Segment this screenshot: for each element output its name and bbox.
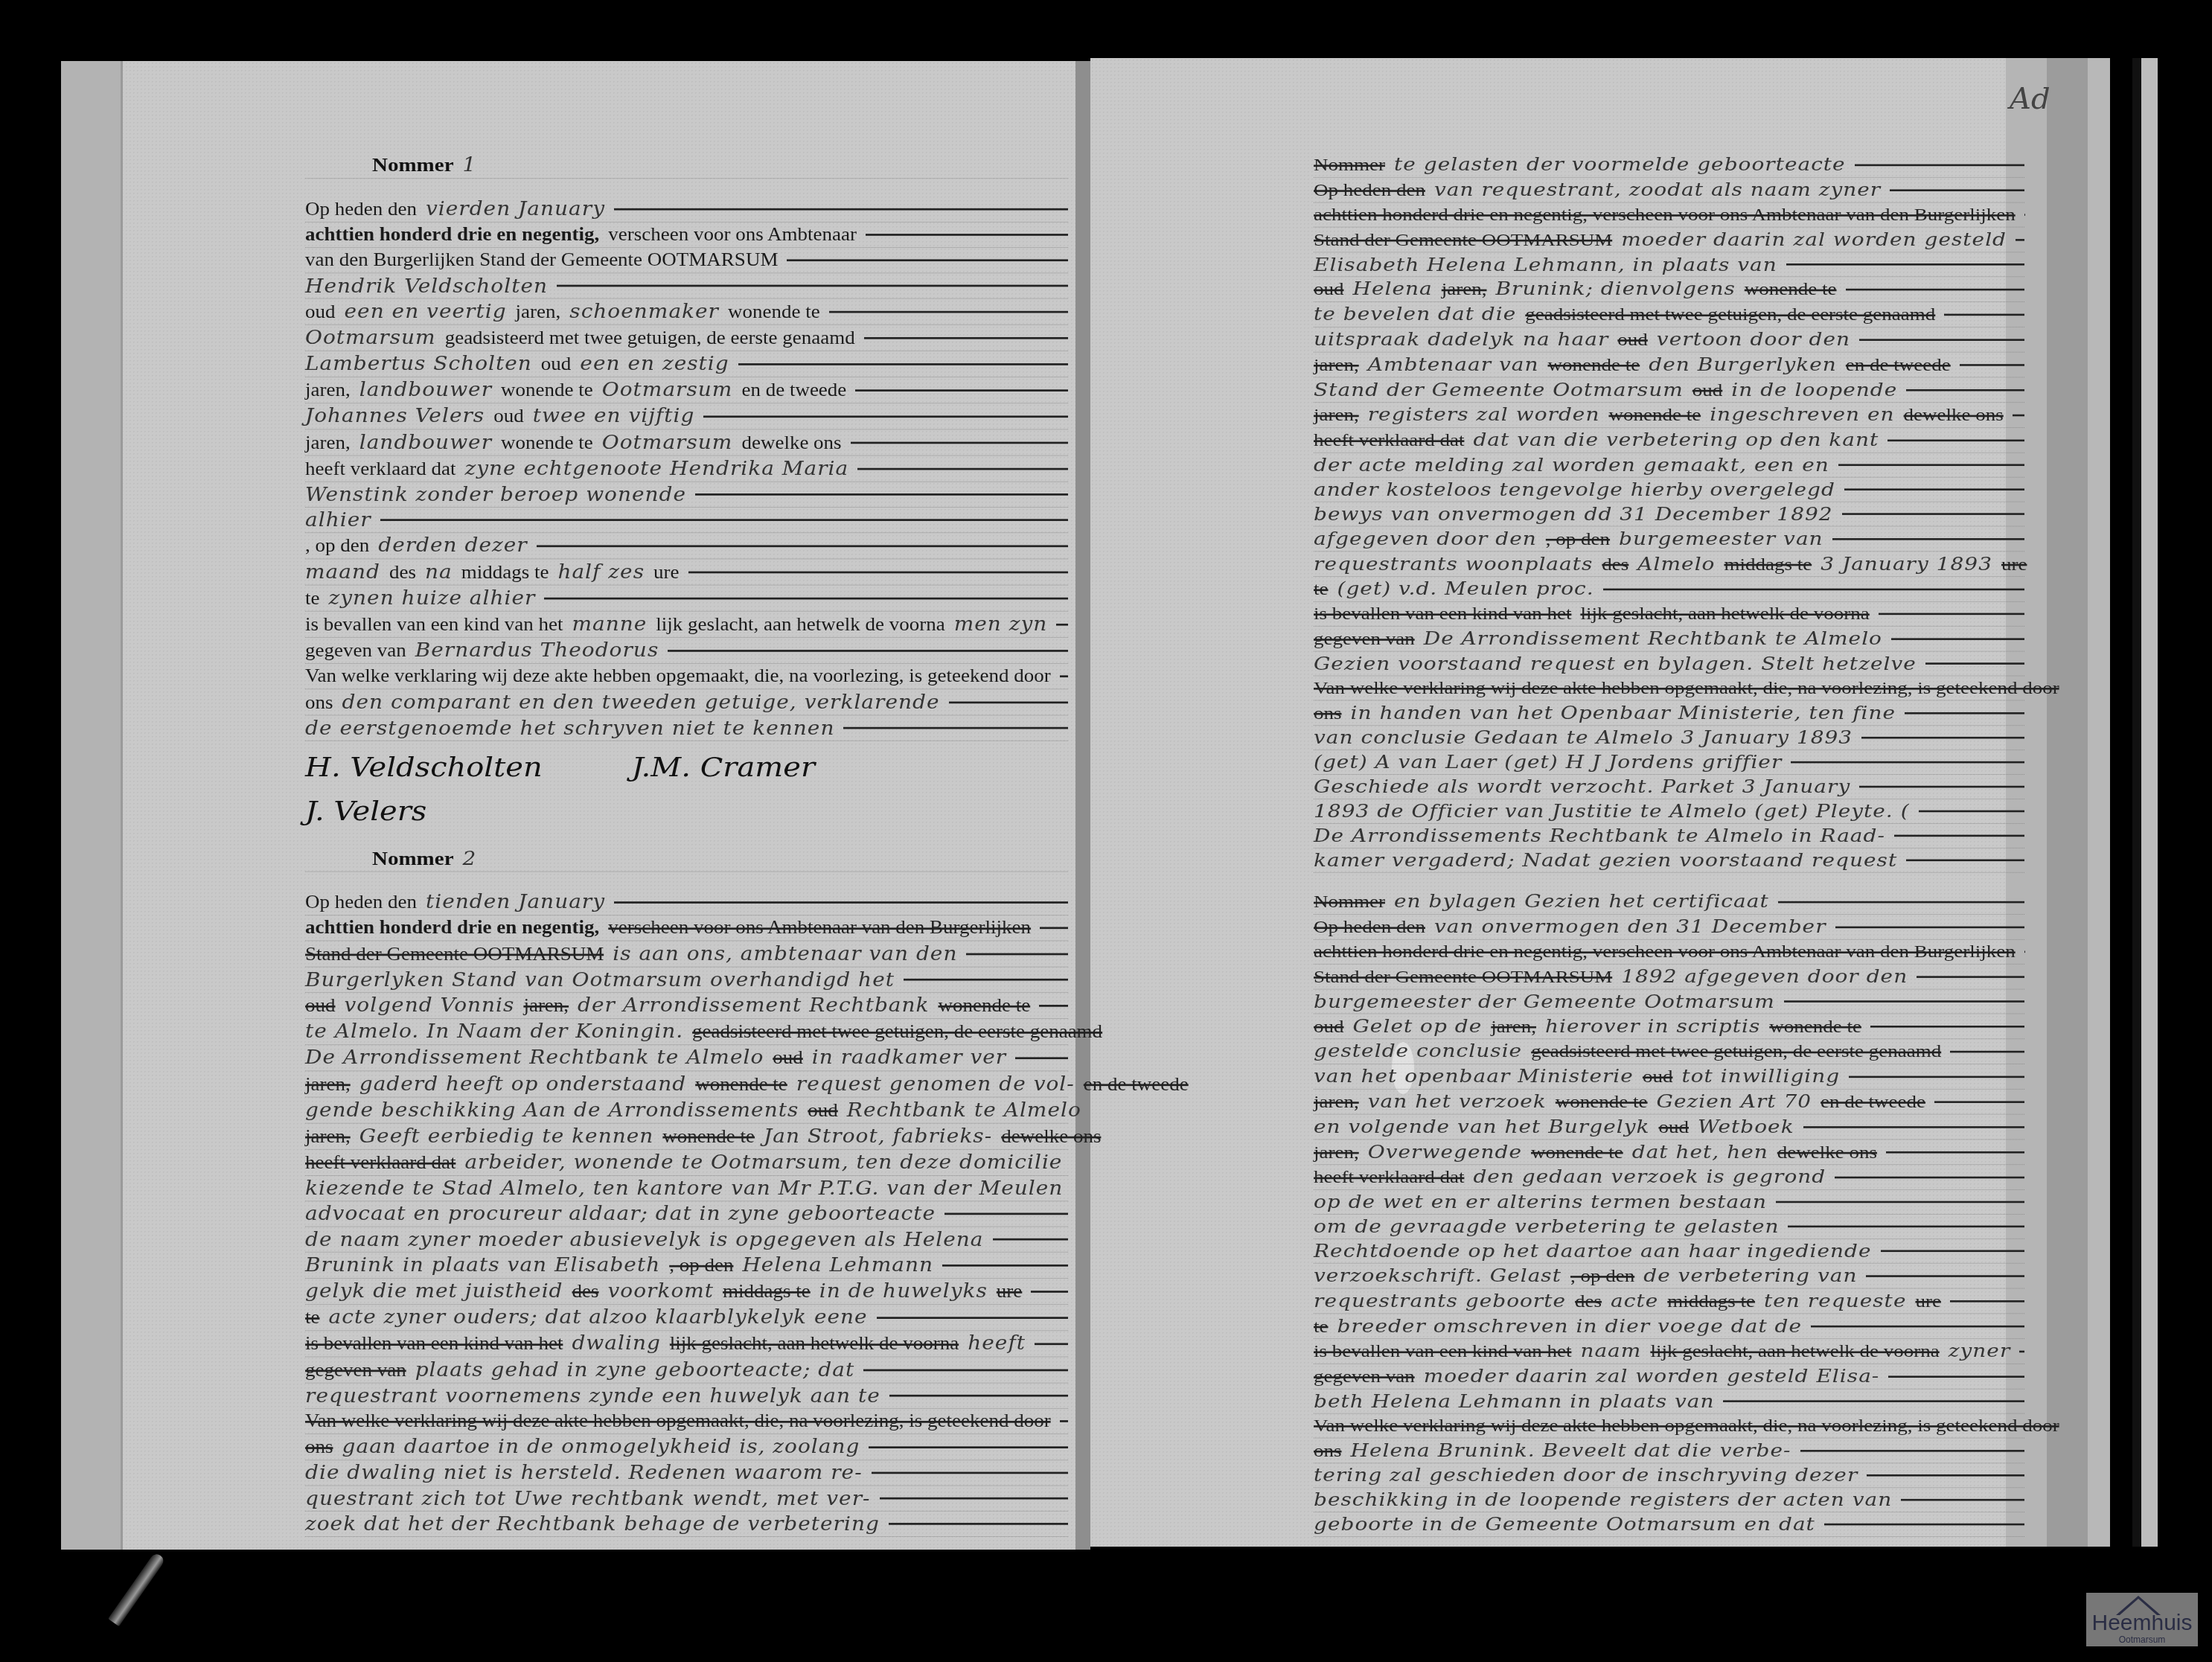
handwritten-entry: Brunink; dienvolgens — [1495, 277, 1735, 301]
register-line: heeft verklaard datden gedaan verzoek is… — [1314, 1165, 2024, 1190]
struck-printed-text: jaren, — [1314, 403, 1359, 427]
fill-rule — [1035, 1343, 1068, 1345]
handwritten-entry: van het verzoek — [1368, 1090, 1547, 1113]
fill-rule — [1950, 1050, 2024, 1052]
handwritten-entry: gaan daartoe in de onmogelykheid is, zoo… — [342, 1434, 860, 1459]
fill-rule — [1031, 1291, 1068, 1293]
handwritten-entry: in handen van het Openbaar Ministerie, t… — [1351, 700, 1896, 724]
fill-rule — [1842, 513, 2024, 515]
handwritten-entry: men zyn — [954, 612, 1048, 636]
register-line: jaren,van het verzoekwonende teGezien Ar… — [1314, 1090, 2024, 1115]
register-line: Rechtdoende op het daartoe aan haar inge… — [1314, 1239, 2024, 1264]
register-line: gegeven vanDe Arrondissement Rechtbank t… — [1314, 627, 2024, 652]
handwritten-entry: die dwaling niet is hersteld. Redenen wa… — [305, 1460, 863, 1485]
handwritten-entry: gelyk die met juistheid — [305, 1279, 563, 1303]
handwritten-entry: een en veertig — [345, 299, 507, 324]
struck-printed-text: , op den — [1570, 1265, 1634, 1288]
printed-text: Op heden den — [305, 890, 417, 915]
register-line: is bevallen van een kind van hetlijk ges… — [1314, 602, 2024, 627]
register-line: Gezien voorstaand request en bylagen. St… — [1314, 652, 2024, 677]
watermark-subtitle: Ootmarsum — [2119, 1634, 2166, 1645]
fill-rule — [1861, 737, 2024, 739]
fill-rule — [857, 467, 1068, 470]
handwritten-entry: landbouwer — [359, 377, 492, 402]
struck-printed-text: oud — [1692, 378, 1723, 402]
handwritten-entry: beth Helena Lehmann in plaats van — [1314, 1390, 1714, 1413]
struck-printed-text: is bevallen van een kind van het — [1314, 602, 1571, 626]
handwritten-entry: questrant zich tot Uwe rechtbank wendt, … — [305, 1486, 871, 1510]
struck-printed-text: wonende te — [1548, 353, 1640, 377]
fill-rule — [869, 1446, 1068, 1448]
register-line: beschikking in de loopende registers der… — [1314, 1488, 2024, 1512]
handwritten-entry: de verbetering van — [1643, 1264, 1857, 1288]
handwritten-entry: uitspraak dadelyk na haar — [1314, 327, 1608, 351]
register-line: jaren,landbouwerwonende teOotmarsumdewel… — [305, 429, 1068, 456]
fill-rule — [1015, 1057, 1068, 1059]
handwritten-entry: Stand der Gemeente Ootmarsum — [1314, 377, 1684, 401]
struck-printed-text: wonende te — [939, 994, 1031, 1018]
handwritten-entry: van onvermogen den 31 December — [1434, 915, 1826, 939]
handwritten-entry: burgemeester van — [1619, 526, 1823, 550]
handwritten-entry: beschikking in de loopende registers der… — [1314, 1488, 1892, 1512]
handwritten-entry: Bernardus Theodorus — [415, 638, 659, 662]
fill-rule — [1844, 488, 2024, 490]
register-line: Lambertus Scholtenoudeen en zestig — [305, 351, 1068, 377]
handwritten-entry: advocaat en procureur aldaar; dat in zyn… — [305, 1201, 936, 1226]
register-line: beth Helena Lehmann in plaats van — [1314, 1390, 2024, 1414]
handwritten-entry: half zes — [557, 559, 645, 584]
struck-printed-text: geadsisteerd met twee getuigen, de eerst… — [1531, 1040, 1941, 1064]
handwritten-entry: tering zal geschieden door de inschryvin… — [1314, 1463, 1858, 1487]
fill-rule — [544, 597, 1068, 599]
struck-printed-text: heeft verklaard dat — [1314, 429, 1464, 453]
fill-rule — [1838, 464, 2024, 466]
register-line: oudvolgend Vonnisjaren,der Arrondissemen… — [305, 993, 1068, 1019]
handwritten-entry: zoek dat het der Rechtbank behage de ver… — [305, 1512, 880, 1536]
handwritten-entry: De Arrondissement Rechtbank te Almelo — [1424, 627, 1882, 651]
handwritten-entry: naam — [1580, 1339, 1641, 1363]
page-weight-pin — [108, 1552, 166, 1626]
fill-rule — [1776, 1201, 2024, 1204]
fill-rule — [993, 1238, 1068, 1241]
handwritten-entry: Brunink in plaats van Elisabeth — [305, 1253, 660, 1277]
printed-text: verscheen voor ons Ambtenaar — [608, 223, 857, 247]
fill-rule — [1886, 1151, 2024, 1154]
register-line: jaren,registers zal wordenwonende teinge… — [1314, 403, 2024, 428]
register-line: ander kosteloos tengevolge hierby overge… — [1314, 478, 2024, 502]
fill-rule — [703, 415, 1068, 418]
struck-printed-text: gegeven van — [1314, 627, 1415, 651]
struck-printed-text: Stand der Gemeente OOTMARSUM — [1314, 228, 1612, 252]
handwritten-entry: Ambtenaar van — [1368, 353, 1539, 377]
register-line: achttien honderd drie en negentig,versch… — [305, 223, 1068, 248]
handwritten-entry: burgemeester der Gemeente Ootmarsum — [1314, 989, 1775, 1013]
fill-rule — [880, 1498, 1068, 1500]
handwritten-entry: landbouwer — [359, 429, 492, 454]
handwritten-entry: Rechtdoende op het daartoe aan haar inge… — [1314, 1239, 1872, 1263]
register-line: is bevallen van een kind van hetdwalingl… — [305, 1331, 1068, 1357]
struck-printed-text: Stand der Gemeente OOTMARSUM — [305, 942, 604, 966]
handwritten-entry: maand — [305, 559, 380, 584]
register-line: De Arrondissements Rechtbank te Almelo i… — [1314, 824, 2024, 848]
struck-printed-text: oud — [1314, 278, 1344, 301]
struck-printed-text: Stand der Gemeente OOTMARSUM — [1314, 965, 1612, 989]
struck-printed-text: en de tweede — [1084, 1072, 1189, 1096]
handwritten-entry: kiezende te Stad Almelo, ten kantore van… — [305, 1176, 1063, 1201]
fill-rule — [1866, 1275, 2024, 1277]
register-line: Wenstink zonder beroep wonende — [305, 482, 1068, 508]
handwritten-entry: dat het, hen — [1632, 1140, 1768, 1163]
struck-printed-text: is bevallen van een kind van het — [305, 1332, 563, 1356]
fill-rule — [1919, 811, 2024, 813]
printed-text: oud — [305, 299, 336, 324]
fill-rule — [1917, 976, 2024, 978]
register-line: op de wet en er alterins termen bestaan — [1314, 1190, 2024, 1215]
handwritten-entry: acte — [1611, 1288, 1658, 1312]
struck-printed-text: lijk geslacht, aan hetwelk de voorna — [1580, 602, 1869, 626]
fill-rule — [1888, 1375, 2024, 1378]
struck-printed-text: jaren, — [305, 1125, 351, 1149]
handwritten-entry: vierden January — [426, 196, 605, 221]
heemhuis-watermark-logo: Heemhuis Ootmarsum — [2086, 1593, 2198, 1646]
printed-text: van den Burgerlijken Stand der Gemeente … — [305, 248, 778, 272]
handwritten-entry: 3 January 1893 — [1821, 552, 1992, 575]
struck-printed-text: ure — [2001, 552, 2027, 576]
handwritten-entry: vertoon door den — [1657, 327, 1850, 351]
struck-printed-text: lijk geslacht, aan hetwelk de voorna — [670, 1332, 959, 1356]
register-line: teacte zyner ouders; dat alzoo klaarblyk… — [305, 1305, 1068, 1331]
struck-printed-text: heeft verklaard dat — [305, 1151, 455, 1175]
printed-text: oud — [541, 352, 572, 377]
fill-rule — [787, 259, 1068, 261]
register-line: Elisabeth Helena Lehmann, in plaats van — [1314, 252, 2024, 277]
fill-rule — [688, 571, 1069, 573]
handwritten-entry: te Almelo. In Naam der Koningin. — [305, 1019, 683, 1043]
register-line: Op heden denvan requestrant, zoodat als … — [1314, 178, 2024, 203]
printed-text: Van welke verklaring wij deze akte hebbe… — [305, 664, 1051, 688]
handwritten-entry: registers zal worden — [1368, 403, 1600, 426]
fill-rule — [1832, 538, 2024, 540]
printed-text: wonende te — [501, 430, 593, 455]
register-line: Van welke verklaring wij deze akte hebbe… — [305, 664, 1068, 689]
handwritten-entry: (get) A van Laer (get) H J Jordens griff… — [1314, 750, 1782, 774]
handwritten-entry: te bevelen dat die — [1314, 302, 1516, 326]
register-line: gelyk die met juistheiddesvoorkomtmiddag… — [305, 1279, 1068, 1305]
handwritten-entry: op de wet en er alterins termen bestaan — [1314, 1190, 1767, 1214]
handwritten-entry: Helena Brunink. Beveelt dat die verbe- — [1351, 1438, 1791, 1462]
struck-printed-text: oud — [773, 1046, 803, 1070]
fill-rule — [1859, 786, 2024, 788]
fill-rule — [966, 953, 1068, 955]
fill-rule — [1859, 339, 2024, 341]
fill-rule — [1894, 835, 2024, 837]
struck-printed-text: verscheen voor ons Ambtenaar van den Bur… — [608, 915, 1031, 940]
handwritten-entry: alhier — [305, 508, 371, 532]
fill-rule — [877, 1317, 1068, 1319]
handwritten-entry: voorkomt — [608, 1279, 715, 1303]
handwritten-entry: den gedaan verzoek is gegrond — [1473, 1165, 1826, 1189]
fill-rule — [537, 545, 1068, 547]
right-column-text: Nommerte gelasten der voormelde geboorte… — [1314, 153, 2024, 1537]
register-line: onsgaan daartoe in de onmogelykheid is, … — [305, 1434, 1068, 1460]
register-line: geboorte in de Gemeente Ootmarsum en dat — [1314, 1512, 2024, 1537]
handwritten-entry: van requestrant, zoodat als naam zyner — [1434, 178, 1881, 202]
register-line: kamer vergaderd; Nadat gezien voorstaand… — [1314, 848, 2024, 873]
handwritten-entry: na — [425, 559, 453, 584]
handwritten-entry: dwaling — [572, 1331, 660, 1355]
handwritten-entry: Johannes Velers — [305, 403, 485, 428]
struck-printed-text: ons — [1314, 701, 1342, 725]
struck-printed-text: wonende te — [662, 1125, 755, 1149]
struck-printed-text: lijk geslacht, aan hetwelk de voorna — [1650, 1340, 1939, 1364]
watermark-name: Heemhuis — [2091, 1612, 2192, 1634]
fill-rule — [1039, 1005, 1068, 1007]
struck-printed-text: wonende te — [1556, 1090, 1648, 1114]
handwritten-entry: Hendrik Veldscholten — [305, 273, 548, 298]
handwritten-entry: en bylagen Gezien het certificaat — [1394, 889, 1769, 913]
register-line: Ootmarsumgeadsisteerd met twee getuigen,… — [305, 325, 1068, 351]
fill-rule — [1811, 1325, 2024, 1327]
handwritten-entry: en volgende van het Burgelyk — [1314, 1115, 1650, 1139]
handwritten-entry: Rechtbank te Almelo — [847, 1097, 1081, 1122]
fill-rule — [1870, 1026, 2024, 1028]
fill-rule — [1887, 439, 2024, 441]
handwritten-entry: Geschiede als wordt verzocht. Parket 3 J… — [1314, 775, 1850, 799]
fill-rule — [866, 234, 1068, 236]
struck-printed-text: Nommer — [1314, 153, 1385, 177]
handwritten-entry: gaderd heeft op onderstaand — [359, 1071, 686, 1096]
fill-rule — [1056, 623, 1068, 625]
fill-rule — [904, 979, 1068, 981]
printed-text: Op heden den — [305, 197, 417, 222]
fill-rule — [1603, 588, 2024, 590]
register-line: oudeen en veertigjaren,schoenmakerwonend… — [305, 299, 1068, 325]
fill-rule — [1824, 1524, 2024, 1526]
register-line: requestrants geboortedesactemiddags tete… — [1314, 1288, 2024, 1314]
fill-rule — [1879, 613, 2024, 616]
house-roof-icon — [2116, 1596, 2161, 1615]
register-line: jaren,landbouwerwonende teOotmarsumen de… — [305, 377, 1068, 403]
register-line: Stand der Gemeente OOTMARSUMmoeder daari… — [1314, 227, 2024, 252]
struck-printed-text: des — [1575, 1289, 1602, 1313]
printed-text: heeft verklaard dat — [305, 456, 455, 481]
struck-printed-text: middags te — [723, 1279, 811, 1304]
fill-rule — [1855, 164, 2024, 166]
register-line: , op denderden dezer — [305, 533, 1068, 559]
akte-number-value: 2 — [463, 846, 477, 870]
register-line: zoek dat het der Rechtbank behage de ver… — [305, 1512, 1068, 1537]
register-line: is bevallen van een kind van hetmannelij… — [305, 612, 1068, 638]
printed-text: is bevallen van een kind van het — [305, 613, 563, 637]
struck-printed-text: oud — [305, 994, 336, 1018]
handwritten-entry: zyner — [1949, 1339, 2011, 1363]
register-line: maanddesnamiddags tehalf zesure — [305, 559, 1068, 585]
fill-rule — [1723, 1400, 2024, 1402]
handwritten-entry: (get) v.d. Meulen proc. — [1337, 577, 1594, 601]
struck-printed-text: dewelke ons — [1904, 403, 2004, 427]
register-line: die dwaling niet is hersteld. Redenen wa… — [305, 1460, 1068, 1486]
register-line: jaren,Overwegendewonende tedat het, hend… — [1314, 1140, 2024, 1165]
handwritten-entry: Overwegende — [1368, 1140, 1522, 1163]
handwritten-entry: in de huwelyks — [819, 1279, 988, 1303]
handwritten-entry: 1893 de Officier van Justitie te Almelo … — [1314, 799, 1910, 823]
register-line: alhier — [305, 508, 1068, 533]
register-line: kiezende te Stad Almelo, ten kantore van… — [305, 1176, 1068, 1201]
handwritten-entry: hierover in scriptis — [1545, 1014, 1760, 1038]
printed-text: jaren, — [305, 378, 351, 403]
handwritten-entry: manne — [572, 612, 647, 636]
fill-rule — [1060, 675, 1068, 677]
handwritten-entry: dat van die verbetering op den kant — [1473, 428, 1879, 452]
handwritten-entry: ingeschreven en — [1710, 403, 1894, 426]
handwritten-entry: 1892 afgegeven door den — [1621, 965, 1908, 988]
fill-rule — [872, 1472, 1068, 1474]
register-line: 1893 de Officier van Justitie te Almelo … — [1314, 799, 2024, 824]
fill-rule — [1881, 1250, 2024, 1252]
signature: J. Velers — [305, 799, 426, 824]
register-line: van den Burgerlijken Stand der Gemeente … — [305, 248, 1068, 273]
struck-printed-text: heeft verklaard dat — [1314, 1166, 1464, 1189]
handwritten-entry: in de loopende — [1731, 377, 1897, 401]
struck-printed-text: middags te — [1667, 1289, 1755, 1313]
handwritten-entry: moeder daarin zal worden gesteld — [1621, 227, 2007, 251]
register-line: requestrants woonplaatsdesAlmelomiddags … — [1314, 552, 2024, 577]
page-corner-mark: Ad — [2010, 82, 2050, 116]
handwritten-entry: Lambertus Scholten — [305, 351, 532, 376]
register-line: oudGelet op dejaren,hierover in scriptis… — [1314, 1014, 2024, 1039]
struck-printed-text: dewelke ons — [1777, 1140, 1877, 1164]
struck-printed-text: jaren, — [1314, 353, 1359, 377]
struck-printed-text: achttien honderd drie en negentig, versc… — [1314, 940, 2016, 964]
handwritten-entry: afgegeven door den — [1314, 526, 1537, 550]
register-line: heeft verklaard datarbeider, wonende te … — [305, 1150, 1068, 1176]
struck-printed-text: gegeven van — [305, 1358, 406, 1382]
handwritten-entry: Almelo — [1637, 552, 1715, 575]
handwritten-entry: gestelde conclusie — [1314, 1039, 1522, 1063]
handwritten-entry: te gelasten der voormelde geboorteacte — [1394, 153, 1846, 176]
printed-text: des — [389, 560, 416, 584]
fill-rule — [2019, 1350, 2024, 1352]
handwritten-entry: Geeft eerbiedig te kennen — [359, 1124, 654, 1148]
register-line: Burgerlyken Stand van Ootmarsum overhand… — [305, 968, 1068, 993]
struck-printed-text: Van welke verklaring wij deze akte hebbe… — [1314, 1414, 2059, 1438]
struck-printed-text: Op heden den — [1314, 915, 1425, 939]
fill-rule — [2013, 414, 2024, 416]
struck-printed-text: des — [572, 1279, 599, 1304]
fill-rule — [829, 310, 1068, 313]
register-line: De Arrondissement Rechtbank te Almelooud… — [305, 1045, 1068, 1071]
register-line: gegeven vanmoeder daarin zal worden gest… — [1314, 1364, 2024, 1390]
struck-printed-text: wonende te — [1769, 1014, 1861, 1038]
fill-rule — [614, 901, 1068, 904]
handwritten-entry: van het openbaar Ministerie — [1314, 1064, 1634, 1088]
struck-printed-text: gegeven van — [1314, 1365, 1415, 1389]
register-line: tezynen huize alhier — [305, 586, 1068, 612]
fill-rule — [1784, 1000, 2024, 1003]
struck-printed-text: jaren, — [523, 994, 569, 1018]
fill-rule — [851, 441, 1068, 444]
printed-text: ons — [305, 690, 333, 715]
handwritten-entry: gende beschikking Aan de Arrondissements — [305, 1097, 799, 1122]
handwritten-entry: De Arrondissement Rechtbank te Almelo — [305, 1045, 764, 1070]
struck-printed-text: ure — [1915, 1289, 1940, 1313]
register-line: Stand der Gemeente OOTMARSUMis aan ons, … — [305, 941, 1068, 967]
handwritten-entry: Gelet op de — [1353, 1014, 1483, 1038]
handwritten-entry: Jan Stroot, fabrieks- — [764, 1124, 992, 1148]
fill-rule — [1835, 926, 2024, 928]
register-line: jaren,gaderd heeft op onderstaandwonende… — [305, 1071, 1068, 1097]
register-line: gende beschikking Aan de Arrondissements… — [305, 1097, 1068, 1123]
struck-printed-text: wonende te — [1745, 278, 1837, 301]
struck-printed-text: Van welke verklaring wij deze akte hebbe… — [305, 1409, 1051, 1434]
register-line: heeft verklaard datdat van die verbeteri… — [1314, 428, 2024, 453]
struck-printed-text: ons — [1314, 1439, 1342, 1463]
register-line: de eerstgenoemde het schryven niet te ke… — [305, 715, 1068, 741]
fill-rule — [1925, 662, 2024, 665]
fill-rule — [1905, 712, 2024, 715]
register-line: van conclusie Gedaan te Almelo 3 January… — [1314, 726, 2024, 750]
handwritten-entry: volgend Vonnis — [345, 993, 515, 1017]
fill-rule — [1800, 1450, 2025, 1452]
printed-year-text: achttien honderd drie en negentig, — [305, 223, 599, 247]
fill-rule — [1906, 389, 2024, 391]
fill-rule — [1891, 638, 2024, 640]
register-line: Op heden denvan onvermogen den 31 Decemb… — [1314, 915, 2024, 940]
left-page-margin — [61, 61, 123, 1550]
fill-rule — [1060, 1420, 1068, 1422]
handwritten-entry: Ootmarsum — [305, 325, 436, 350]
register-line: burgemeester der Gemeente Ootmarsum — [1314, 989, 2024, 1014]
struck-printed-text: en de tweede — [1846, 353, 1951, 377]
printed-text: wonende te — [501, 378, 593, 403]
handwritten-entry: request genomen de vol- — [796, 1071, 1075, 1096]
register-line: Van welke verklaring wij deze akte hebbe… — [1314, 1414, 2024, 1439]
register-line: Geschiede als wordt verzocht. Parket 3 J… — [1314, 775, 2024, 799]
struck-printed-text: oud — [1643, 1065, 1673, 1089]
handwritten-entry: acte zyner ouders; dat alzoo klaarblykel… — [329, 1305, 868, 1329]
register-line: advocaat en procureur aldaar; dat in zyn… — [305, 1201, 1068, 1227]
handwritten-entry: Gezien Art 70 — [1657, 1090, 1812, 1113]
register-line: Hendrik Veldscholten — [305, 273, 1068, 298]
struck-printed-text: oud — [1314, 1014, 1344, 1038]
fill-rule — [1849, 1075, 2024, 1078]
signature: H. Veldscholten — [305, 755, 543, 780]
handwritten-entry: Helena Lehmann — [742, 1253, 933, 1277]
fill-rule — [1960, 364, 2024, 366]
struck-printed-text: jaren, — [305, 1072, 351, 1096]
fill-rule — [889, 1523, 1068, 1525]
handwritten-entry: der acte melding zal worden gemaakt, een… — [1314, 453, 1829, 477]
handwritten-entry: den comparant en den tweeden getuige, ve… — [342, 689, 940, 714]
register-line: Nommerte gelasten der voormelde geboorte… — [1314, 153, 2024, 178]
handwritten-entry: kamer vergaderd; Nadat gezien voorstaand… — [1314, 848, 1897, 872]
fill-rule — [864, 336, 1068, 339]
fill-rule — [738, 363, 1068, 365]
fill-rule — [1788, 1226, 2024, 1228]
printed-text: ure — [653, 560, 679, 584]
register-line: verzoekschrift. Gelast, op dende verbete… — [1314, 1264, 2024, 1289]
handwritten-entry: ten requeste — [1764, 1288, 1906, 1312]
handwritten-entry: verzoekschrift. Gelast — [1314, 1264, 1561, 1288]
printed-text: jaren, — [516, 299, 561, 324]
register-line: is bevallen van een kind van hetnaamlijk… — [1314, 1339, 2024, 1364]
struck-printed-text: oud — [1659, 1115, 1690, 1139]
fill-rule — [1791, 761, 2024, 764]
struck-printed-text: oud — [808, 1098, 838, 1122]
printed-text: gegeven van — [305, 639, 406, 663]
struck-printed-text: ons — [305, 1435, 333, 1460]
register-line: onsHelena Brunink. Beveelt dat die verbe… — [1314, 1438, 2024, 1463]
